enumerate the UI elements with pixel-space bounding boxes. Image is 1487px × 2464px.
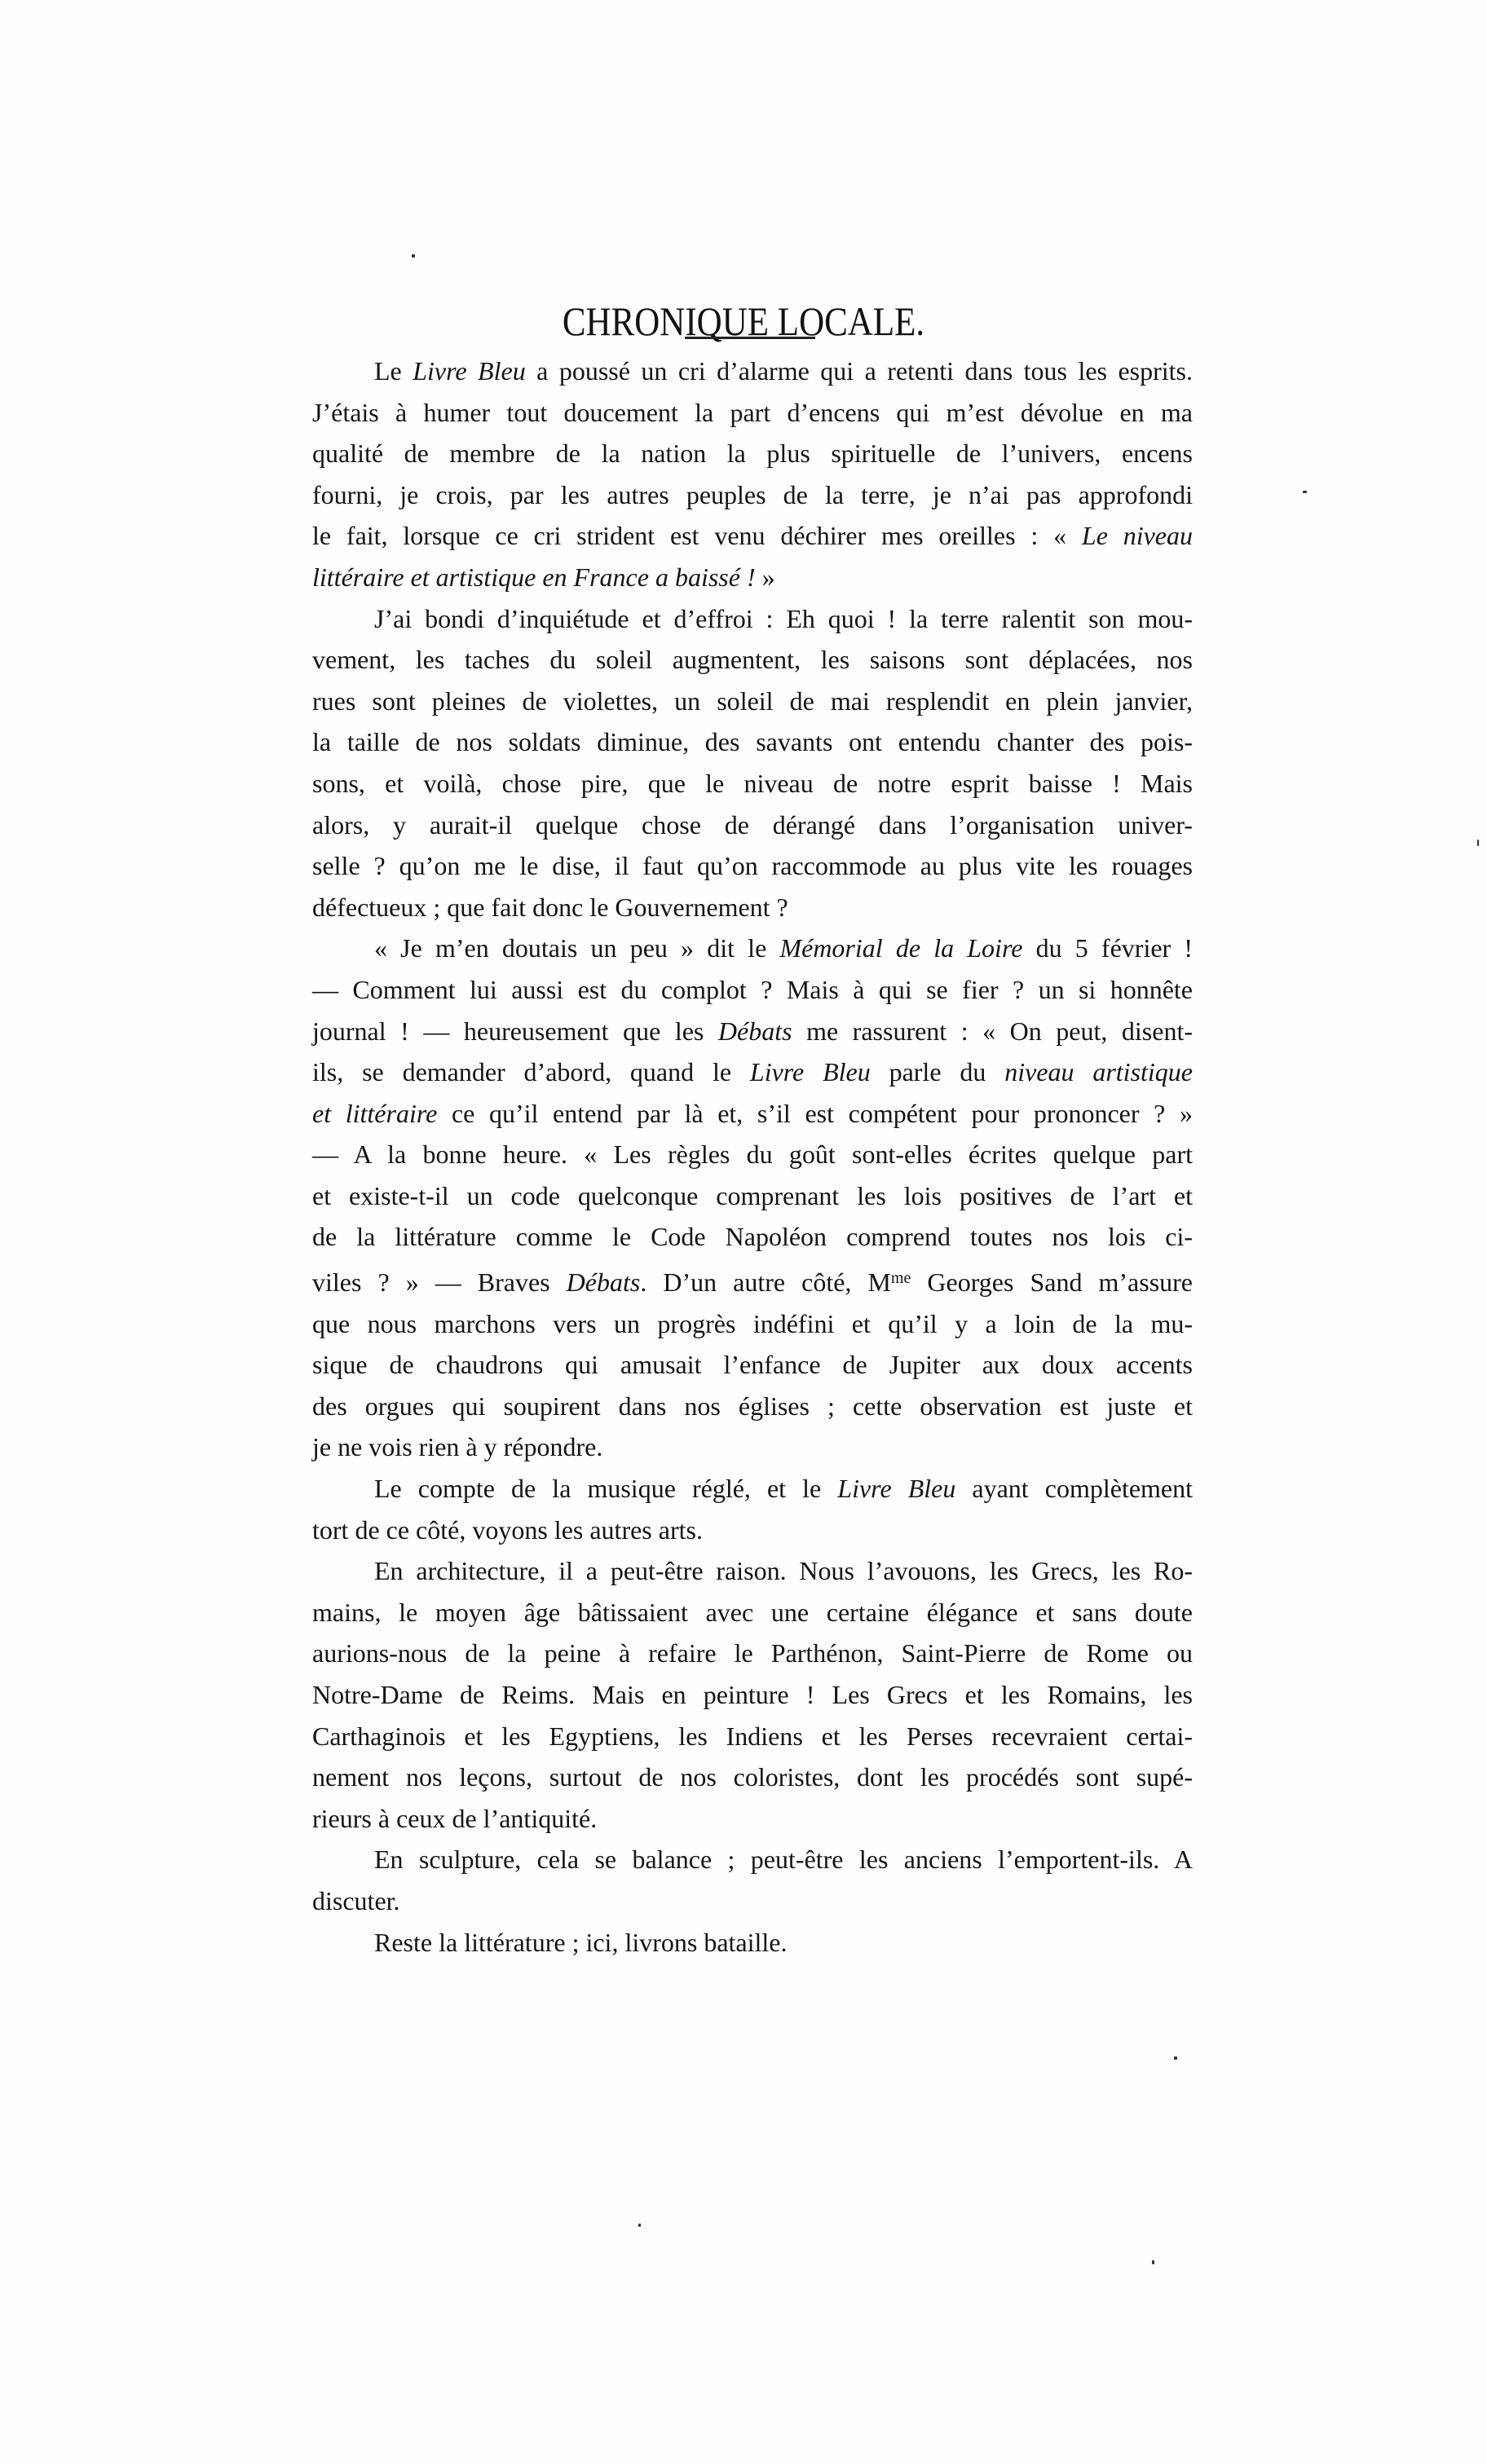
text-line: viles ? » — Braves Débats. D’un autre cô…: [312, 1258, 1193, 1303]
text-line: de la littérature comme le Code Napoléon…: [312, 1216, 1193, 1258]
text-line: des orgues qui soupirent dans nos église…: [312, 1386, 1193, 1427]
text-line: En sculpture, cela se balance ; peut-êtr…: [312, 1839, 1193, 1880]
italic-title: Mémorial de la Loire: [779, 933, 1022, 963]
text-line: Notre-Dame de Reims. Mais en peinture ! …: [312, 1674, 1193, 1716]
paragraph: « Je m’en doutais un peu » dit le Mémori…: [312, 928, 1193, 1468]
text-line: — Comment lui aussi est du complot ? Mai…: [312, 969, 1193, 1011]
text-line: sons, et voilà, chose pire, que le nivea…: [312, 763, 1193, 804]
text-line: mains, le moyen âge bâtissaient avec une…: [312, 1592, 1193, 1633]
document-page: CHRONIQUE LOCALE. Le Livre Bleu a poussé…: [0, 0, 1487, 2464]
text-line: tort de ce côté, voyons les autres arts.: [312, 1510, 1193, 1551]
scan-speck: [1477, 840, 1479, 846]
paragraph: Reste la littérature ; ici, livrons bata…: [312, 1922, 1193, 1964]
text-line: vement, les taches du soleil augmentent,…: [312, 639, 1193, 681]
text-line: — A la bonne heure. « Les règles du goût…: [312, 1134, 1193, 1175]
text-line: selle ? qu’on me le dise, il faut qu’on …: [312, 845, 1193, 887]
text-line: J’ai bondi d’inquiétude et d’effroi : Eh…: [312, 598, 1193, 640]
italic-title: Le niveau: [1082, 521, 1193, 550]
paragraph: J’ai bondi d’inquiétude et d’effroi : Eh…: [312, 598, 1193, 928]
text-line: et existe-t-il un code quelconque compre…: [312, 1175, 1193, 1217]
text-line: Le compte de la musique réglé, et le Liv…: [312, 1468, 1193, 1510]
text-line: alors, y aurait-il quelque chose de déra…: [312, 804, 1193, 846]
text-line: journal ! — heureusement que les Débats …: [312, 1011, 1193, 1052]
text-line: qualité de membre de la nation la plus s…: [312, 433, 1193, 474]
text-line: « Je m’en doutais un peu » dit le Mémori…: [312, 928, 1193, 969]
text-line: rues sont pleines de violettes, un solei…: [312, 681, 1193, 722]
italic-title: Livre Bleu: [837, 1474, 955, 1503]
text-line: ils, se demander d’abord, quand le Livre…: [312, 1051, 1193, 1093]
text-line: Reste la littérature ; ici, livrons bata…: [312, 1922, 1193, 1964]
text-line: nement nos leçons, surtout de nos colori…: [312, 1757, 1193, 1798]
text-line: rieurs à ceux de l’antiquité.: [312, 1798, 1193, 1840]
text-line: En architecture, il a peut-être raison. …: [312, 1550, 1193, 1592]
text-line: Le Livre Bleu a poussé un cri d’alarme q…: [312, 350, 1193, 392]
text-line: je ne vois rien à y répondre.: [312, 1426, 1193, 1468]
scan-speck: [412, 254, 415, 258]
italic-title: niveau artistique: [1004, 1057, 1193, 1087]
scan-speck: [1174, 2056, 1177, 2060]
article-body: Le Livre Bleu a poussé un cri d’alarme q…: [312, 350, 1193, 1963]
italic-title: et littéraire: [312, 1099, 437, 1128]
italic-title: Débats: [718, 1016, 792, 1046]
paragraph: En sculpture, cela se balance ; peut-êtr…: [312, 1839, 1193, 1921]
text-line: Carthaginois et les Egyptiens, les Indie…: [312, 1716, 1193, 1757]
text-line: et littéraire ce qu’il entend par là et,…: [312, 1093, 1193, 1135]
title-divider: [685, 337, 815, 339]
paragraph: En architecture, il a peut-être raison. …: [312, 1550, 1193, 1839]
italic-title: Livre Bleu: [750, 1057, 871, 1087]
scan-speck: [638, 2224, 641, 2227]
paragraph: Le compte de la musique réglé, et le Liv…: [312, 1468, 1193, 1550]
text-line: que nous marchons vers un progrès indéfi…: [312, 1303, 1193, 1345]
text-line: défectueux ; que fait donc le Gouverneme…: [312, 887, 1193, 928]
text-line: discuter.: [312, 1880, 1193, 1922]
text-line: aurions-nous de la peine à refaire le Pa…: [312, 1633, 1193, 1674]
italic-title: Débats: [567, 1267, 641, 1297]
text-line: littéraire et artistique en France a bai…: [312, 557, 1193, 598]
text-line: J’étais à humer tout doucement la part d…: [312, 392, 1193, 434]
scan-speck: [1152, 2260, 1154, 2264]
text-line: sique de chaudrons qui amusait l’enfance…: [312, 1344, 1193, 1386]
text-line: le fait, lorsque ce cri strident est ven…: [312, 515, 1193, 557]
scan-speck: [1303, 491, 1307, 493]
italic-title: Livre Bleu: [413, 356, 525, 386]
italic-title: littéraire et artistique en France a bai…: [312, 562, 756, 592]
text-line: la taille de nos soldats diminue, des sa…: [312, 721, 1193, 763]
superscript: me: [891, 1269, 911, 1287]
text-line: fourni, je crois, par les autres peuples…: [312, 474, 1193, 516]
paragraph: Le Livre Bleu a poussé un cri d’alarme q…: [312, 350, 1193, 598]
